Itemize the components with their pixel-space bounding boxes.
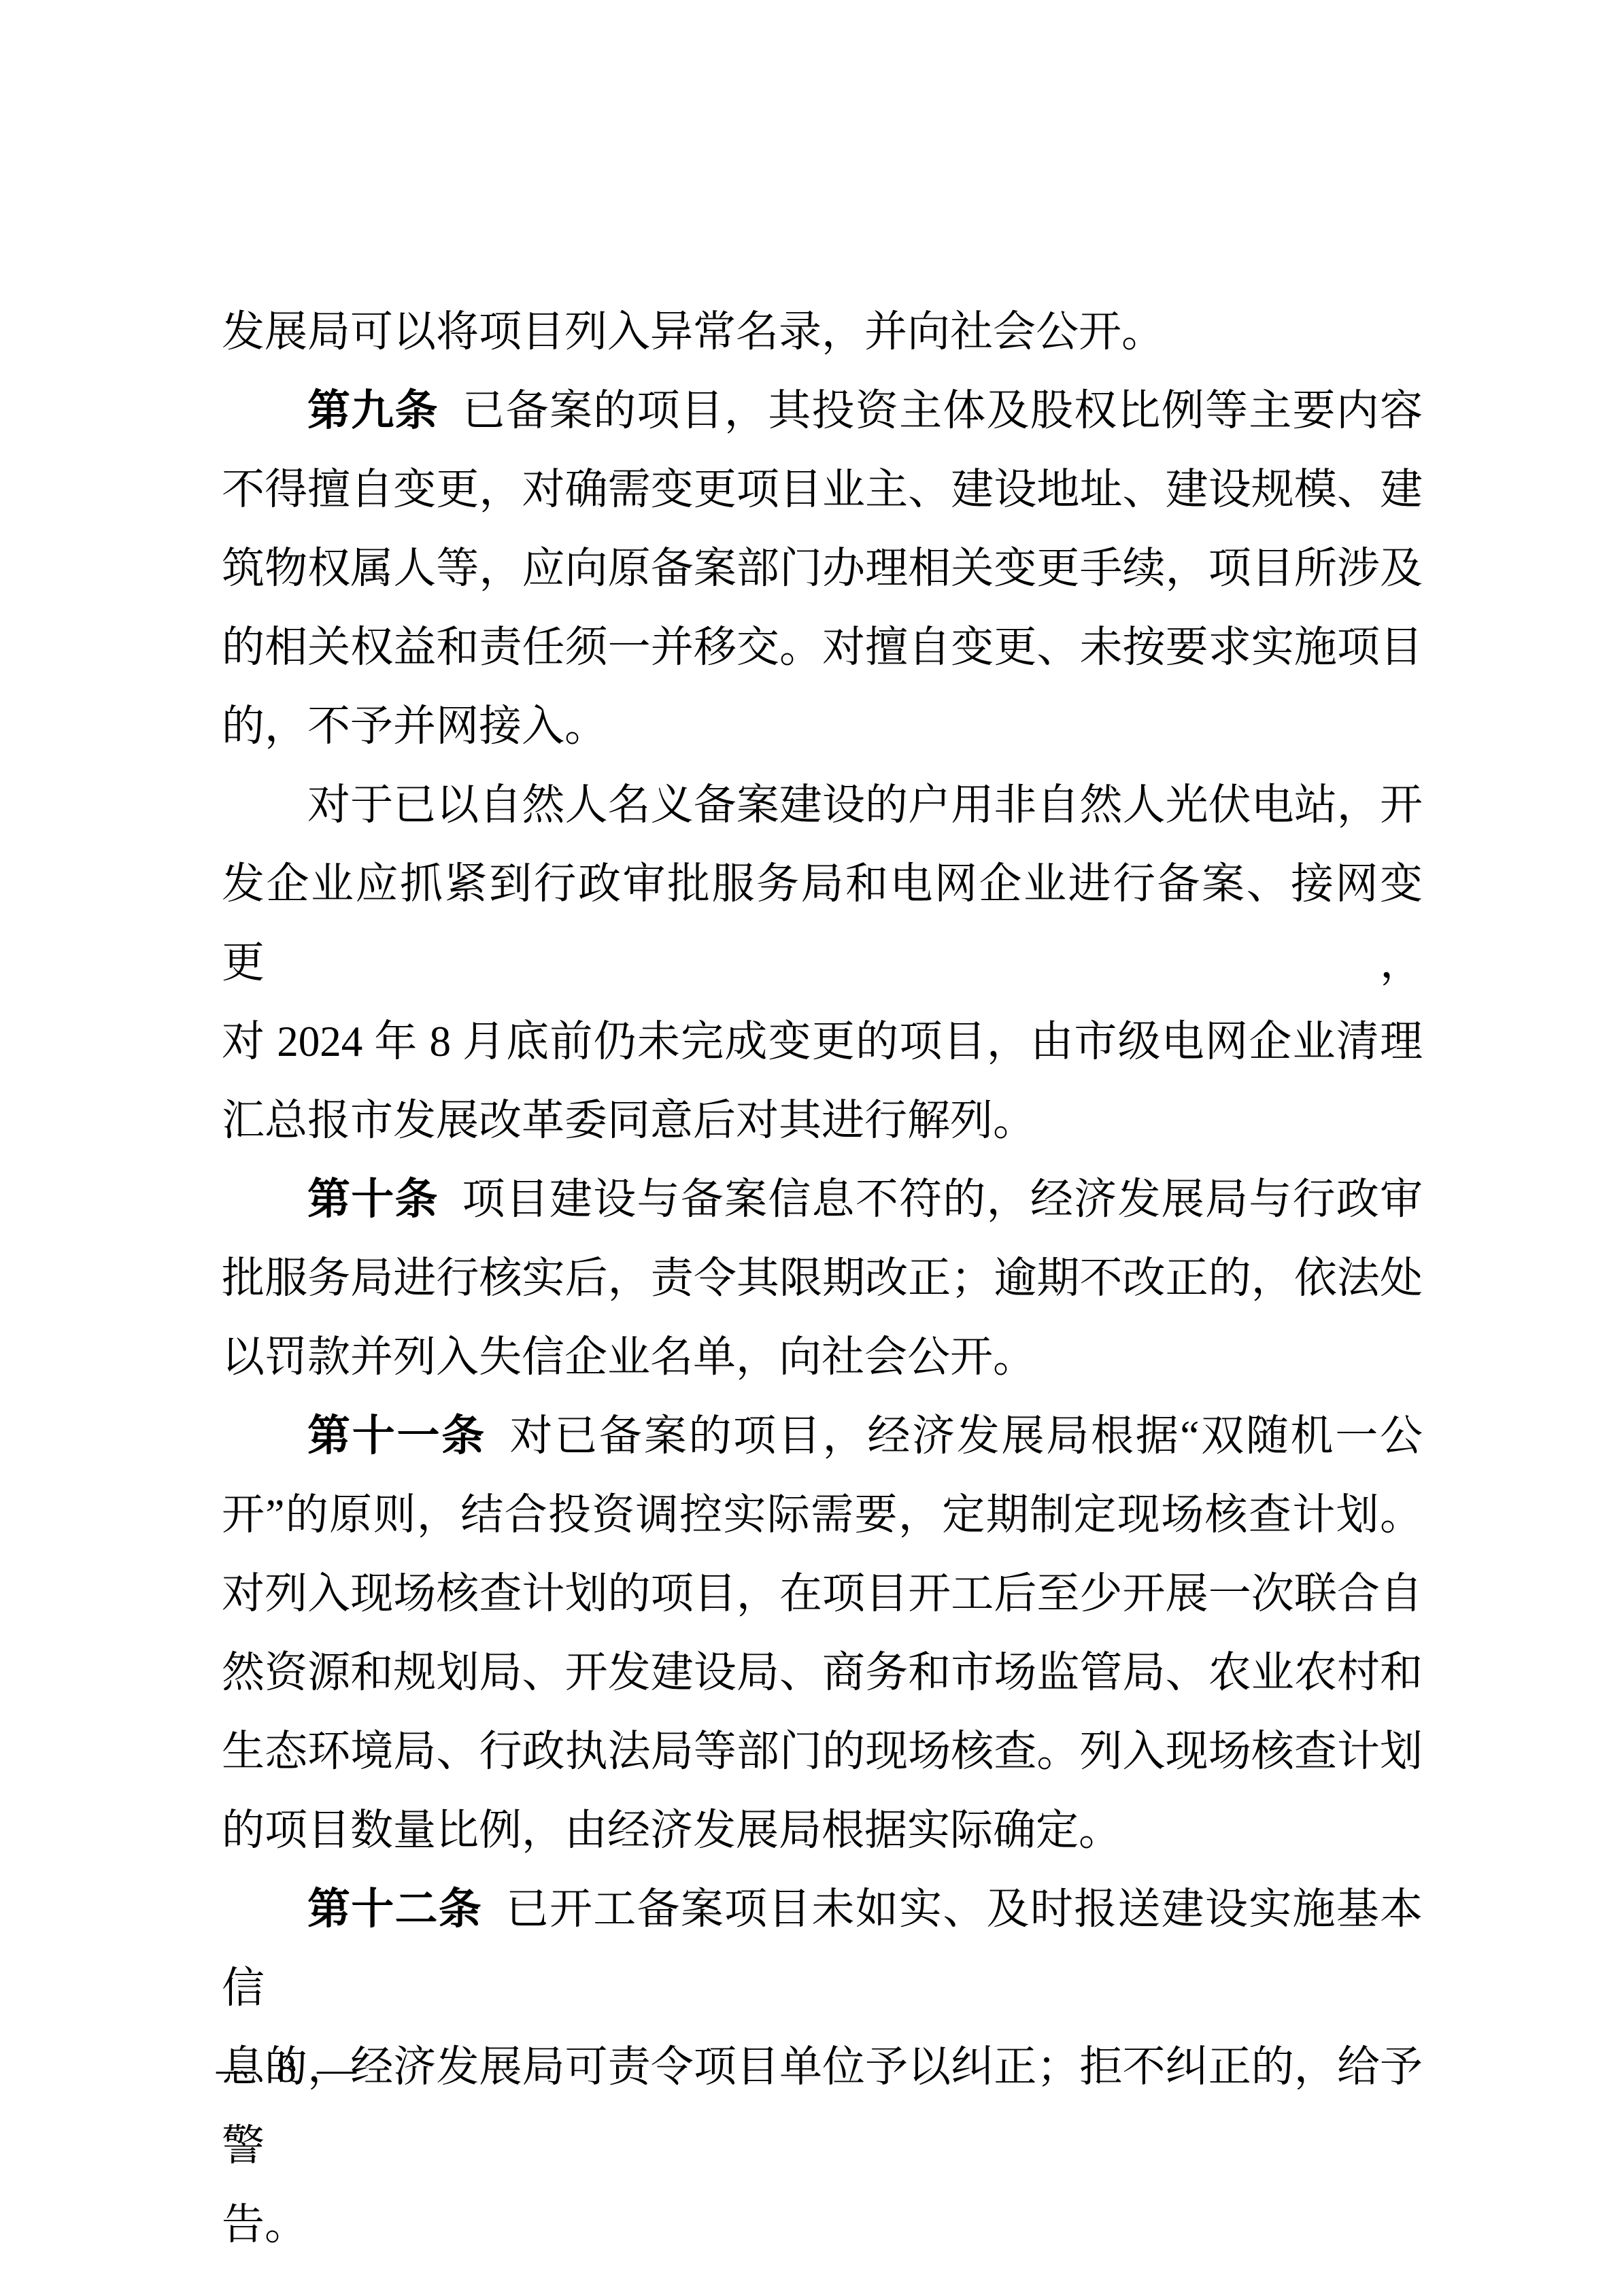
paragraph-8-continuation-line: 发展局可以将项目列入异常名录，并向社会公开。: [222, 292, 1423, 371]
article-12-line-3: 告。: [222, 2185, 1423, 2264]
article-9-heading-line: 第九条已备案的项目，其投资主体及股权比例等主要内容: [222, 371, 1423, 450]
article-11-text-start: 对已备案的项目，经济发展局根据“双随机一公: [510, 1412, 1423, 1460]
article-9-paragraph-2-line-4: 汇总报市发展改革委同意后对其进行解列。: [222, 1081, 1423, 1160]
article-10-heading-line: 第十条项目建设与备案信息不符的，经济发展局与行政审: [222, 1160, 1423, 1239]
article-9-paragraph-2-line-2: 发企业应抓紧到行政审批服务局和电网企业进行备案、接网变更，: [222, 844, 1423, 1002]
article-11-heading-line: 第十一条对已备案的项目，经济发展局根据“双随机一公: [222, 1397, 1423, 1475]
article-12-heading-line: 第十二条已开工备案项目未如实、及时报送建设实施基本信: [222, 1870, 1423, 2027]
article-10-line-2: 批服务局进行核实后，责令其限期改正；逾期不改正的，依法处: [222, 1239, 1423, 1318]
article-11-line-6: 的项目数量比例，由经济发展局根据实际确定。: [222, 1791, 1423, 1870]
article-11-line-3: 对列入现场核查计划的项目，在项目开工后至少开展一次联合自: [222, 1554, 1423, 1633]
document-body: 发展局可以将项目列入异常名录，并向社会公开。 第九条已备案的项目，其投资主体及股…: [222, 292, 1423, 2264]
article-9-line-3: 筑物权属人等，应向原备案部门办理相关变更手续，项目所涉及: [222, 529, 1423, 608]
article-11-line-4: 然资源和规划局、开发建设局、商务和市场监管局、农业农村和: [222, 1633, 1423, 1712]
article-12-line-2: 息的，经济发展局可责令项目单位予以纠正；拒不纠正的，给予警: [222, 2027, 1423, 2185]
article-9-line-5: 的，不予并网接入。: [222, 687, 1423, 766]
article-10-number: 第十条: [307, 1176, 439, 1223]
article-12-number: 第十二条: [307, 1885, 482, 1933]
article-10-line-3: 以罚款并列入失信企业名单，向社会公开。: [222, 1318, 1423, 1397]
article-9-paragraph-2-line-1: 对于已以自然人名义备案建设的户用非自然人光伏电站，开: [222, 766, 1423, 844]
article-9-paragraph-2-line-3: 对 2024 年 8 月底前仍未完成变更的项目，由市级电网企业清理: [222, 1002, 1423, 1081]
article-11-number: 第十一条: [307, 1412, 486, 1460]
article-11-line-5: 生态环境局、行政执法局等部门的现场核查。列入现场核查计划: [222, 1712, 1423, 1791]
article-9-number: 第九条: [307, 387, 439, 434]
article-10-text-start: 项目建设与备案信息不符的，经济发展局与行政审: [462, 1176, 1423, 1223]
page-number: — 8 —: [216, 2048, 362, 2090]
article-11-line-2: 开”的原则，结合投资调控实际需要，定期制定现场核查计划。: [222, 1475, 1423, 1554]
article-9-line-4: 的相关权益和责任须一并移交。对擅自变更、未按要求实施项目: [222, 608, 1423, 687]
document-page: 发展局可以将项目列入异常名录，并向社会公开。 第九条已备案的项目，其投资主体及股…: [0, 0, 1624, 2296]
article-9-line-2: 不得擅自变更，对确需变更项目业主、建设地址、建设规模、建: [222, 450, 1423, 529]
article-9-text-start: 已备案的项目，其投资主体及股权比例等主要内容: [462, 387, 1423, 434]
